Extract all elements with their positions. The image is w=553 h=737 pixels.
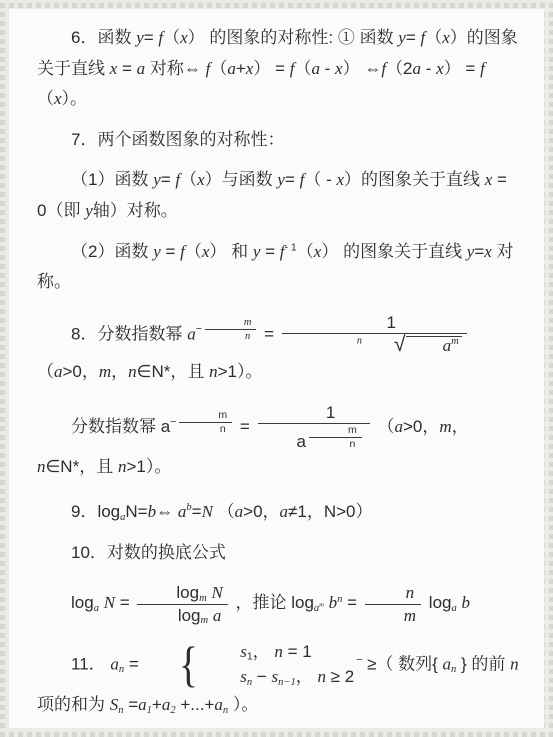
item-7-heading: 7．两个函数图象的对称性： — [37, 125, 520, 156]
item-7-sub1-paragraph: （1）函数 y= f（x）与函数 y= f（ - x）的图象关于直线 x = 0… — [37, 165, 520, 226]
stamp-border-frame: 6．函数 y= f（x） 的图象的对称性: ① 函数 y= f（x）的图象关于直… — [0, 0, 553, 737]
item-10-heading: 10．对数的换底公式 — [37, 538, 520, 569]
item-6-paragraph: 6．函数 y= f（x） 的图象的对称性: ① 函数 y= f（x）的图象关于直… — [37, 23, 520, 115]
item-9-formula: 9．logaN=b⇔ ab=N （a>0，a≠1，N>0） — [37, 497, 520, 528]
item-8-formula: 8．分数指数幂 a−mn = 1n√am （a>0，m，n∈N*，且 n>1）。 — [37, 312, 520, 388]
document-page: 6．函数 y= f（x） 的图象的对称性: ① 函数 y= f（x）的图象关于直… — [9, 9, 544, 728]
item-11-formula: 11． an = {s1， n = 1sn − sn−1， n ≥ 2− ≥（ … — [37, 640, 520, 721]
item-8-formula-repeat: 分数指数幂 a−mn = 1amn （a>0，m，n∈N*，且 n>1）。 — [37, 402, 520, 483]
item-7-sub2-paragraph: （2）函数 y = f（x） 和 y = f- 1（x） 的图象关于直线 y=x… — [37, 237, 520, 298]
item-10-formula: loga N = logm Nlogm a ，推论 logam bn = nm … — [37, 582, 520, 626]
